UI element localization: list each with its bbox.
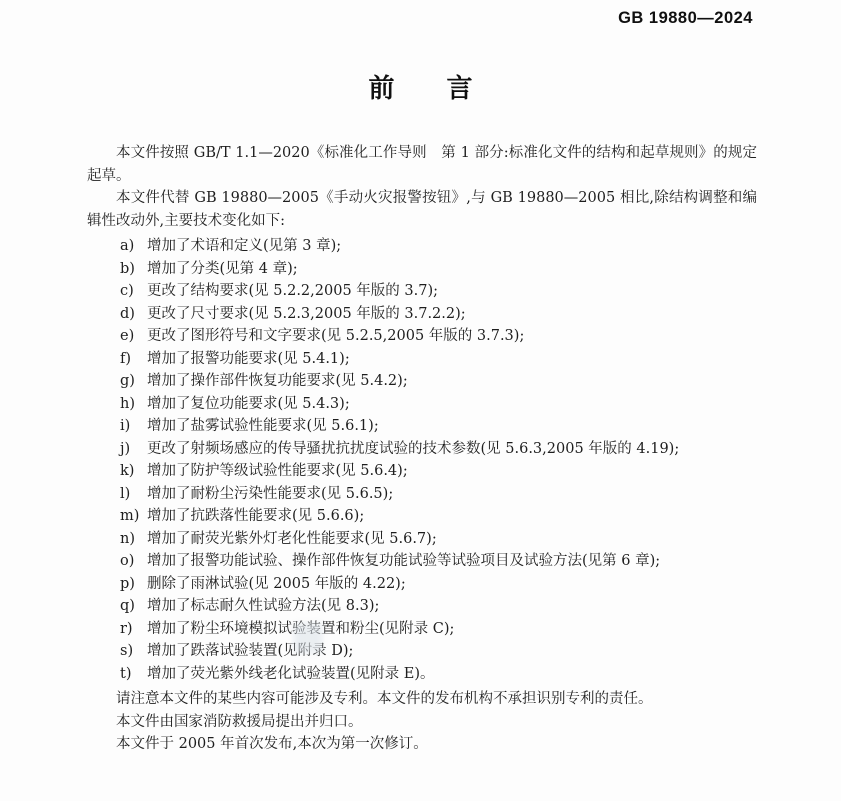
change-item: i) 增加了盐雾试验性能要求(见 5.6.1); bbox=[87, 415, 757, 438]
change-item-text: 增加了耐粉尘污染性能要求(见 5.6.5); bbox=[147, 483, 757, 506]
change-item-text: 增加了报警功能试验、操作部件恢复功能试验等试验项目及试验方法(见第 6 章); bbox=[147, 550, 757, 573]
change-item-text: 增加了报警功能要求(见 5.4.1); bbox=[147, 348, 757, 371]
change-item-label: f) bbox=[120, 348, 147, 371]
change-item-label: e) bbox=[120, 325, 147, 348]
change-item: d) 更改了尺寸要求(见 5.2.3,2005 年版的 3.7.2.2); bbox=[87, 303, 757, 326]
change-item-label: k) bbox=[120, 460, 147, 483]
change-item-text: 增加了荧光紫外线老化试验装置(见附录 E)。 bbox=[147, 663, 757, 686]
change-item: g) 增加了操作部件恢复功能要求(见 5.4.2); bbox=[87, 370, 757, 393]
change-item-text: 增加了耐荧光紫外灯老化性能要求(见 5.6.7); bbox=[147, 528, 757, 551]
change-item: t) 增加了荧光紫外线老化试验装置(见附录 E)。 bbox=[87, 663, 757, 686]
change-item: o) 增加了报警功能试验、操作部件恢复功能试验等试验项目及试验方法(见第 6 章… bbox=[87, 550, 757, 573]
change-item-text: 增加了防护等级试验性能要求(见 5.6.4); bbox=[147, 460, 757, 483]
change-item: r) 增加了粉尘环境模拟试验装置和粉尘(见附录 C); bbox=[87, 618, 757, 641]
foreword-paragraph-drafting-rule: 本文件按照 GB/T 1.1—2020《标准化工作导则 第 1 部分:标准化文件… bbox=[87, 142, 757, 187]
change-item-label: l) bbox=[120, 483, 147, 506]
change-item-text: 增加了分类(见第 4 章); bbox=[147, 258, 757, 281]
change-item: j) 更改了射频场感应的传导骚扰抗扰度试验的技术参数(见 5.6.3,2005 … bbox=[87, 438, 757, 461]
change-item-text: 增加了术语和定义(见第 3 章); bbox=[147, 235, 757, 258]
revision-note: 本文件于 2005 年首次发布,本次为第一次修订。 bbox=[87, 733, 757, 756]
change-item-label: q) bbox=[120, 595, 147, 618]
change-item-label: s) bbox=[120, 640, 147, 663]
change-item-text: 增加了复位功能要求(见 5.4.3); bbox=[147, 393, 757, 416]
change-item: s) 增加了跌落试验装置(见附录 D); bbox=[87, 640, 757, 663]
change-item: f) 增加了报警功能要求(见 5.4.1); bbox=[87, 348, 757, 371]
change-item-text: 增加了跌落试验装置(见附录 D); bbox=[147, 640, 757, 663]
change-item: e) 更改了图形符号和文字要求(见 5.2.5,2005 年版的 3.7.3); bbox=[87, 325, 757, 348]
change-item-label: p) bbox=[120, 573, 147, 596]
change-item-text: 增加了标志耐久性试验方法(见 8.3); bbox=[147, 595, 757, 618]
change-item-label: g) bbox=[120, 370, 147, 393]
change-item-text: 增加了抗跌落性能要求(见 5.6.6); bbox=[147, 505, 757, 528]
change-item-label: n) bbox=[120, 528, 147, 551]
change-item-text: 增加了操作部件恢复功能要求(见 5.4.2); bbox=[147, 370, 757, 393]
change-item: a) 增加了术语和定义(见第 3 章); bbox=[87, 235, 757, 258]
change-item: h) 增加了复位功能要求(见 5.4.3); bbox=[87, 393, 757, 416]
foreword-content: 本文件按照 GB/T 1.1—2020《标准化工作导则 第 1 部分:标准化文件… bbox=[87, 142, 757, 756]
change-item-label: j) bbox=[120, 438, 147, 461]
change-item-text: 增加了盐雾试验性能要求(见 5.6.1); bbox=[147, 415, 757, 438]
foreword-paragraph-replacement: 本文件代替 GB 19880—2005《手动火灾报警按钮》,与 GB 19880… bbox=[87, 187, 757, 232]
standard-number: GB 19880—2024 bbox=[618, 7, 753, 30]
change-item-label: h) bbox=[120, 393, 147, 416]
change-item-label: t) bbox=[120, 663, 147, 686]
change-item: m) 增加了抗跌落性能要求(见 5.6.6); bbox=[87, 505, 757, 528]
change-item: q) 增加了标志耐久性试验方法(见 8.3); bbox=[87, 595, 757, 618]
change-item-text: 更改了尺寸要求(见 5.2.3,2005 年版的 3.7.2.2); bbox=[147, 303, 757, 326]
change-item: p) 删除了雨淋试验(见 2005 年版的 4.22); bbox=[87, 573, 757, 596]
change-item-label: m) bbox=[120, 505, 147, 528]
change-item-label: b) bbox=[120, 258, 147, 281]
document-page: GB 19880—2024 前 言 本文件按照 GB/T 1.1—2020《标准… bbox=[0, 0, 841, 801]
change-item: b) 增加了分类(见第 4 章); bbox=[87, 258, 757, 281]
change-item-text: 更改了结构要求(见 5.2.2,2005 年版的 3.7); bbox=[147, 280, 757, 303]
change-item-label: d) bbox=[120, 303, 147, 326]
change-item-label: o) bbox=[120, 550, 147, 573]
change-item-label: i) bbox=[120, 415, 147, 438]
technical-changes-list: a) 增加了术语和定义(见第 3 章); b) 增加了分类(见第 4 章); c… bbox=[87, 235, 757, 685]
page-title: 前 言 bbox=[0, 74, 841, 104]
change-item-label: a) bbox=[120, 235, 147, 258]
change-item-label: r) bbox=[120, 618, 147, 641]
issuing-body-note: 本文件由国家消防救援局提出并归口。 bbox=[87, 711, 757, 734]
change-item: l) 增加了耐粉尘污染性能要求(见 5.6.5); bbox=[87, 483, 757, 506]
change-item: c) 更改了结构要求(见 5.2.2,2005 年版的 3.7); bbox=[87, 280, 757, 303]
change-item-text: 更改了射频场感应的传导骚扰抗扰度试验的技术参数(见 5.6.3,2005 年版的… bbox=[147, 438, 757, 461]
change-item: k) 增加了防护等级试验性能要求(见 5.6.4); bbox=[87, 460, 757, 483]
change-item-text: 删除了雨淋试验(见 2005 年版的 4.22); bbox=[147, 573, 757, 596]
patent-notice: 请注意本文件的某些内容可能涉及专利。本文件的发布机构不承担识别专利的责任。 bbox=[87, 688, 757, 711]
change-item: n) 增加了耐荧光紫外灯老化性能要求(见 5.6.7); bbox=[87, 528, 757, 551]
change-item-text: 增加了粉尘环境模拟试验装置和粉尘(见附录 C); bbox=[147, 618, 757, 641]
change-item-label: c) bbox=[120, 280, 147, 303]
change-item-text: 更改了图形符号和文字要求(见 5.2.5,2005 年版的 3.7.3); bbox=[147, 325, 757, 348]
